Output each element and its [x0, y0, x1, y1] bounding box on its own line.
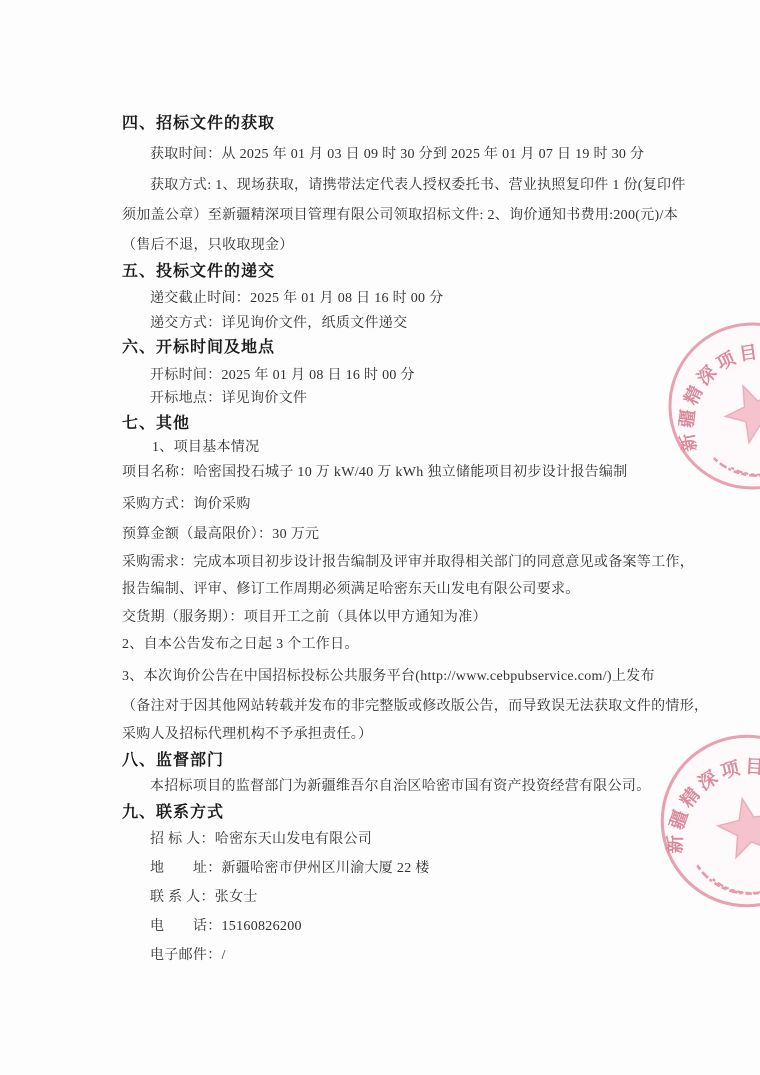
submit-deadline-line: 递交截止时间：2025 年 01 月 08 日 16 时 00 分 — [150, 289, 443, 309]
submit-method-line: 递交方式：详见询价文件，纸质文件递交 — [150, 314, 407, 334]
star-icon — [713, 793, 760, 860]
supervisor-line: 本招标项目的监督部门为新疆维吾尔自治区哈密市国有资产投资经营有限公司。 — [150, 777, 651, 797]
project-basic-info-line: 1、项目基本情况 — [152, 438, 259, 458]
section-9-heading: 九、联系方式 — [122, 803, 224, 823]
star-icon — [717, 374, 760, 447]
seal-script-squiggle — [714, 412, 760, 493]
obtain-method-line-1: 获取方式: 1、现场获取，请携带法定代表人授权委托书、营业执照复印件 1 份(复… — [150, 176, 686, 196]
email-line: 电子邮件：/ — [150, 946, 226, 966]
seal-ring-text: 新疆精深项目管理有限公司 — [637, 711, 760, 876]
procurement-method-line: 采购方式：询价采购 — [122, 495, 251, 515]
opening-place-line: 开标地点：详见询价文件 — [150, 389, 307, 409]
announcement-platform-line: 3、本次询价公告在中国招标投标公共服务平台(http://www.cebpubs… — [122, 667, 655, 687]
contact-person-line: 联 系 人：张女士 — [150, 888, 258, 908]
document-page: 四、招标文件的获取 获取时间：从 2025 年 01 月 03 日 09 时 3… — [0, 0, 760, 1075]
seal-ring-text: 新疆精深项目管理有限公司 — [633, 287, 760, 477]
budget-line: 预算金额（最高限价）：30 万元 — [122, 525, 319, 545]
obtain-method-line-3: （售后不退，只收取现金） — [122, 236, 294, 256]
seal-script-squiggle — [731, 432, 760, 488]
address-line: 地 址：新疆哈密市伊州区川渝大厦 22 楼 — [150, 859, 430, 879]
section-4-heading: 四、招标文件的获取 — [122, 114, 275, 134]
requirement-line-1: 采购需求：完成本项目初步设计报告编制及评审并取得相关部门的同意意见或备案等工作， — [122, 553, 694, 573]
seal-script-squiggle — [713, 860, 760, 901]
disclaimer-line-2: 采购人及招标代理机构不予承担责任。） — [122, 725, 372, 745]
company-seal-stamp: 新疆精深项目管理有限公司 — [637, 711, 760, 932]
working-days-line: 2、自本公告发布之日起 3 个工作日。 — [122, 635, 359, 655]
section-6-heading: 六、开标时间及地点 — [122, 338, 275, 358]
section-5-heading: 五、投标文件的递交 — [122, 262, 275, 282]
disclaimer-line-1: （备注对于因其他网站转载并发布的非完整版或修改版公告，而导致误无法获取文件的情形… — [122, 697, 708, 717]
delivery-period-line: 交货期（服务期）：项目开工之前（具体以甲方通知为准） — [122, 608, 487, 628]
project-name-line: 项目名称：哈密国投石城子 10 万 kW/40 万 kWh 独立储能项目初步设计… — [122, 463, 628, 483]
section-7-heading: 七、其他 — [122, 414, 190, 434]
tenderer-line: 招 标 人：哈密东天山发电有限公司 — [150, 830, 372, 850]
svg-text:新疆精深项目管理有限公司: 新疆精深项目管理有限公司 — [633, 287, 760, 477]
obtain-time-line: 获取时间：从 2025 年 01 月 03 日 09 时 30 分到 2025 … — [150, 145, 644, 165]
company-seal-stamp: 新疆精深项目管理有限公司 — [633, 287, 760, 525]
svg-text:新疆精深项目管理有限公司: 新疆精深项目管理有限公司 — [637, 711, 760, 876]
section-8-heading: 八、监督部门 — [122, 751, 224, 771]
opening-time-line: 开标时间：2025 年 01 月 08 日 16 时 00 分 — [150, 366, 415, 386]
phone-line: 电 话：15160826200 — [150, 917, 302, 937]
seal-script-squiggle — [697, 841, 760, 904]
obtain-method-line-2: 须加盖公章）至新疆精深项目管理有限公司领取招标文件: 2、询价通知书费用:200… — [122, 206, 678, 226]
requirement-line-2: 报告编制、评审、修订工作周期必须满足哈密东天山发电有限公司要求。 — [122, 580, 580, 600]
